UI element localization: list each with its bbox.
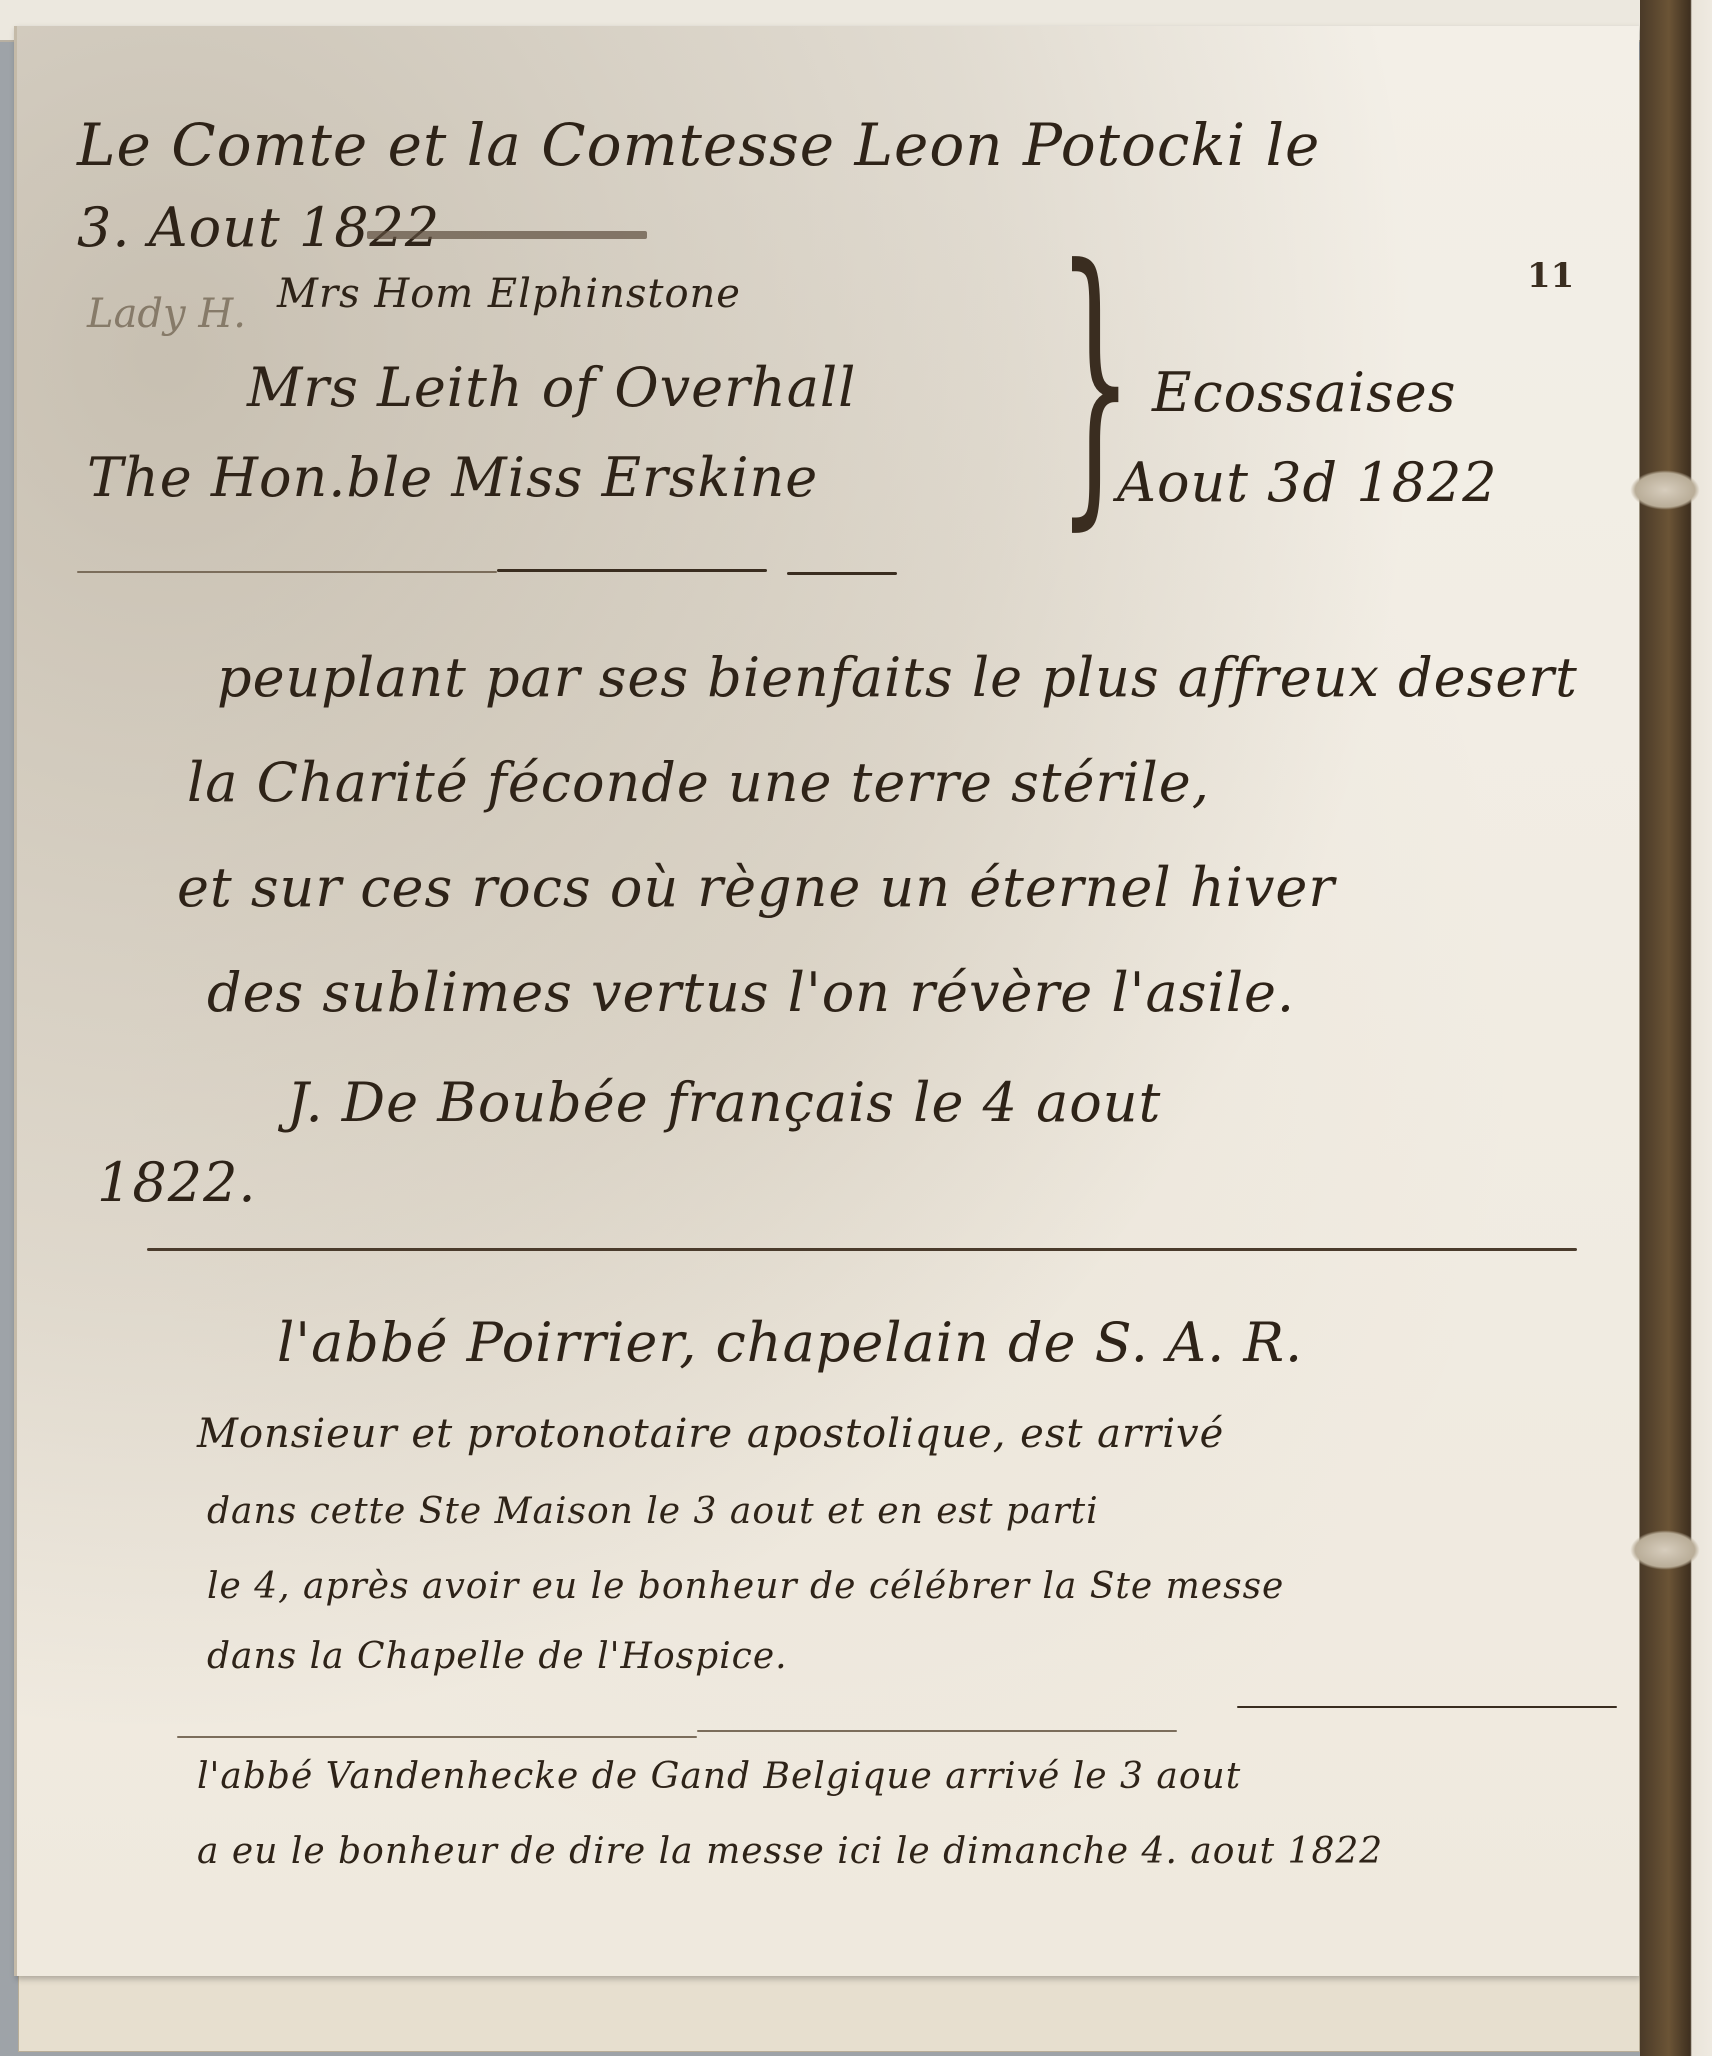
entry-potocki-line-2: 3. Aout 1822 bbox=[77, 196, 440, 259]
entry-potocki-line-1: Le Comte et la Comtesse Leon Potocki le bbox=[77, 111, 1320, 179]
poirrier-line-3: dans cette Ste Maison le 3 aout et en es… bbox=[207, 1491, 1099, 1532]
entry-ecossaises-name-3: The Hon.ble Miss Erskine bbox=[87, 446, 818, 509]
vandenhecke-line-1: l'abbé Vandenhecke de Gand Belgique arri… bbox=[197, 1756, 1241, 1797]
divider-3a bbox=[177, 1736, 697, 1738]
binding-thread-2 bbox=[1630, 1530, 1700, 1570]
entry-ecossaises-date: Aout 3d 1822 bbox=[1117, 451, 1498, 514]
divider-1b bbox=[497, 569, 767, 572]
poirrier-line-1: l'abbé Poirrier, chapelain de S. A. R. bbox=[277, 1311, 1303, 1374]
vandenhecke-line-2: a eu le bonheur de dire la messe ici le … bbox=[197, 1831, 1383, 1872]
divider-1a bbox=[77, 571, 497, 573]
corner-mark: 11 bbox=[1527, 256, 1574, 296]
poirrier-line-4: le 4, après avoir eu le bonheur de céléb… bbox=[207, 1566, 1284, 1607]
manuscript-page: Le Comte et la Comtesse Leon Potocki le … bbox=[14, 26, 1639, 1976]
boubee-signature-year: 1822. bbox=[97, 1151, 257, 1214]
book-spine bbox=[1640, 0, 1712, 2056]
poirrier-line-2: Monsieur et protonotaire apostolique, es… bbox=[197, 1411, 1224, 1457]
verse-line-3: et sur ces rocs où règne un éternel hive… bbox=[177, 856, 1335, 919]
binding-thread-1 bbox=[1630, 470, 1700, 510]
verse-line-4: des sublimes vertus l'on révère l'asile. bbox=[207, 961, 1295, 1024]
divider-3b bbox=[697, 1730, 1177, 1732]
divider-1c bbox=[787, 572, 897, 575]
entry-ecossaises-label: Ecossaises bbox=[1152, 361, 1456, 424]
poirrier-line-5: dans la Chapelle de l'Hospice. bbox=[207, 1636, 788, 1677]
ink-smear bbox=[367, 231, 647, 239]
divider-2 bbox=[147, 1248, 1577, 1251]
verse-line-2: la Charité féconde une terre stérile, bbox=[187, 751, 1210, 814]
entry-ecossaises-name-2: Mrs Leith of Overhall bbox=[247, 356, 856, 419]
faded-ghost-text: Lady H. bbox=[87, 291, 246, 337]
boubee-signature: J. De Boubée français le 4 aout bbox=[287, 1071, 1161, 1134]
verse-line-1: peuplant par ses bienfaits le plus affre… bbox=[217, 646, 1578, 709]
divider-3c bbox=[1237, 1706, 1617, 1708]
entry-ecossaises-name-1: Mrs Hom Elphinstone bbox=[277, 271, 741, 317]
